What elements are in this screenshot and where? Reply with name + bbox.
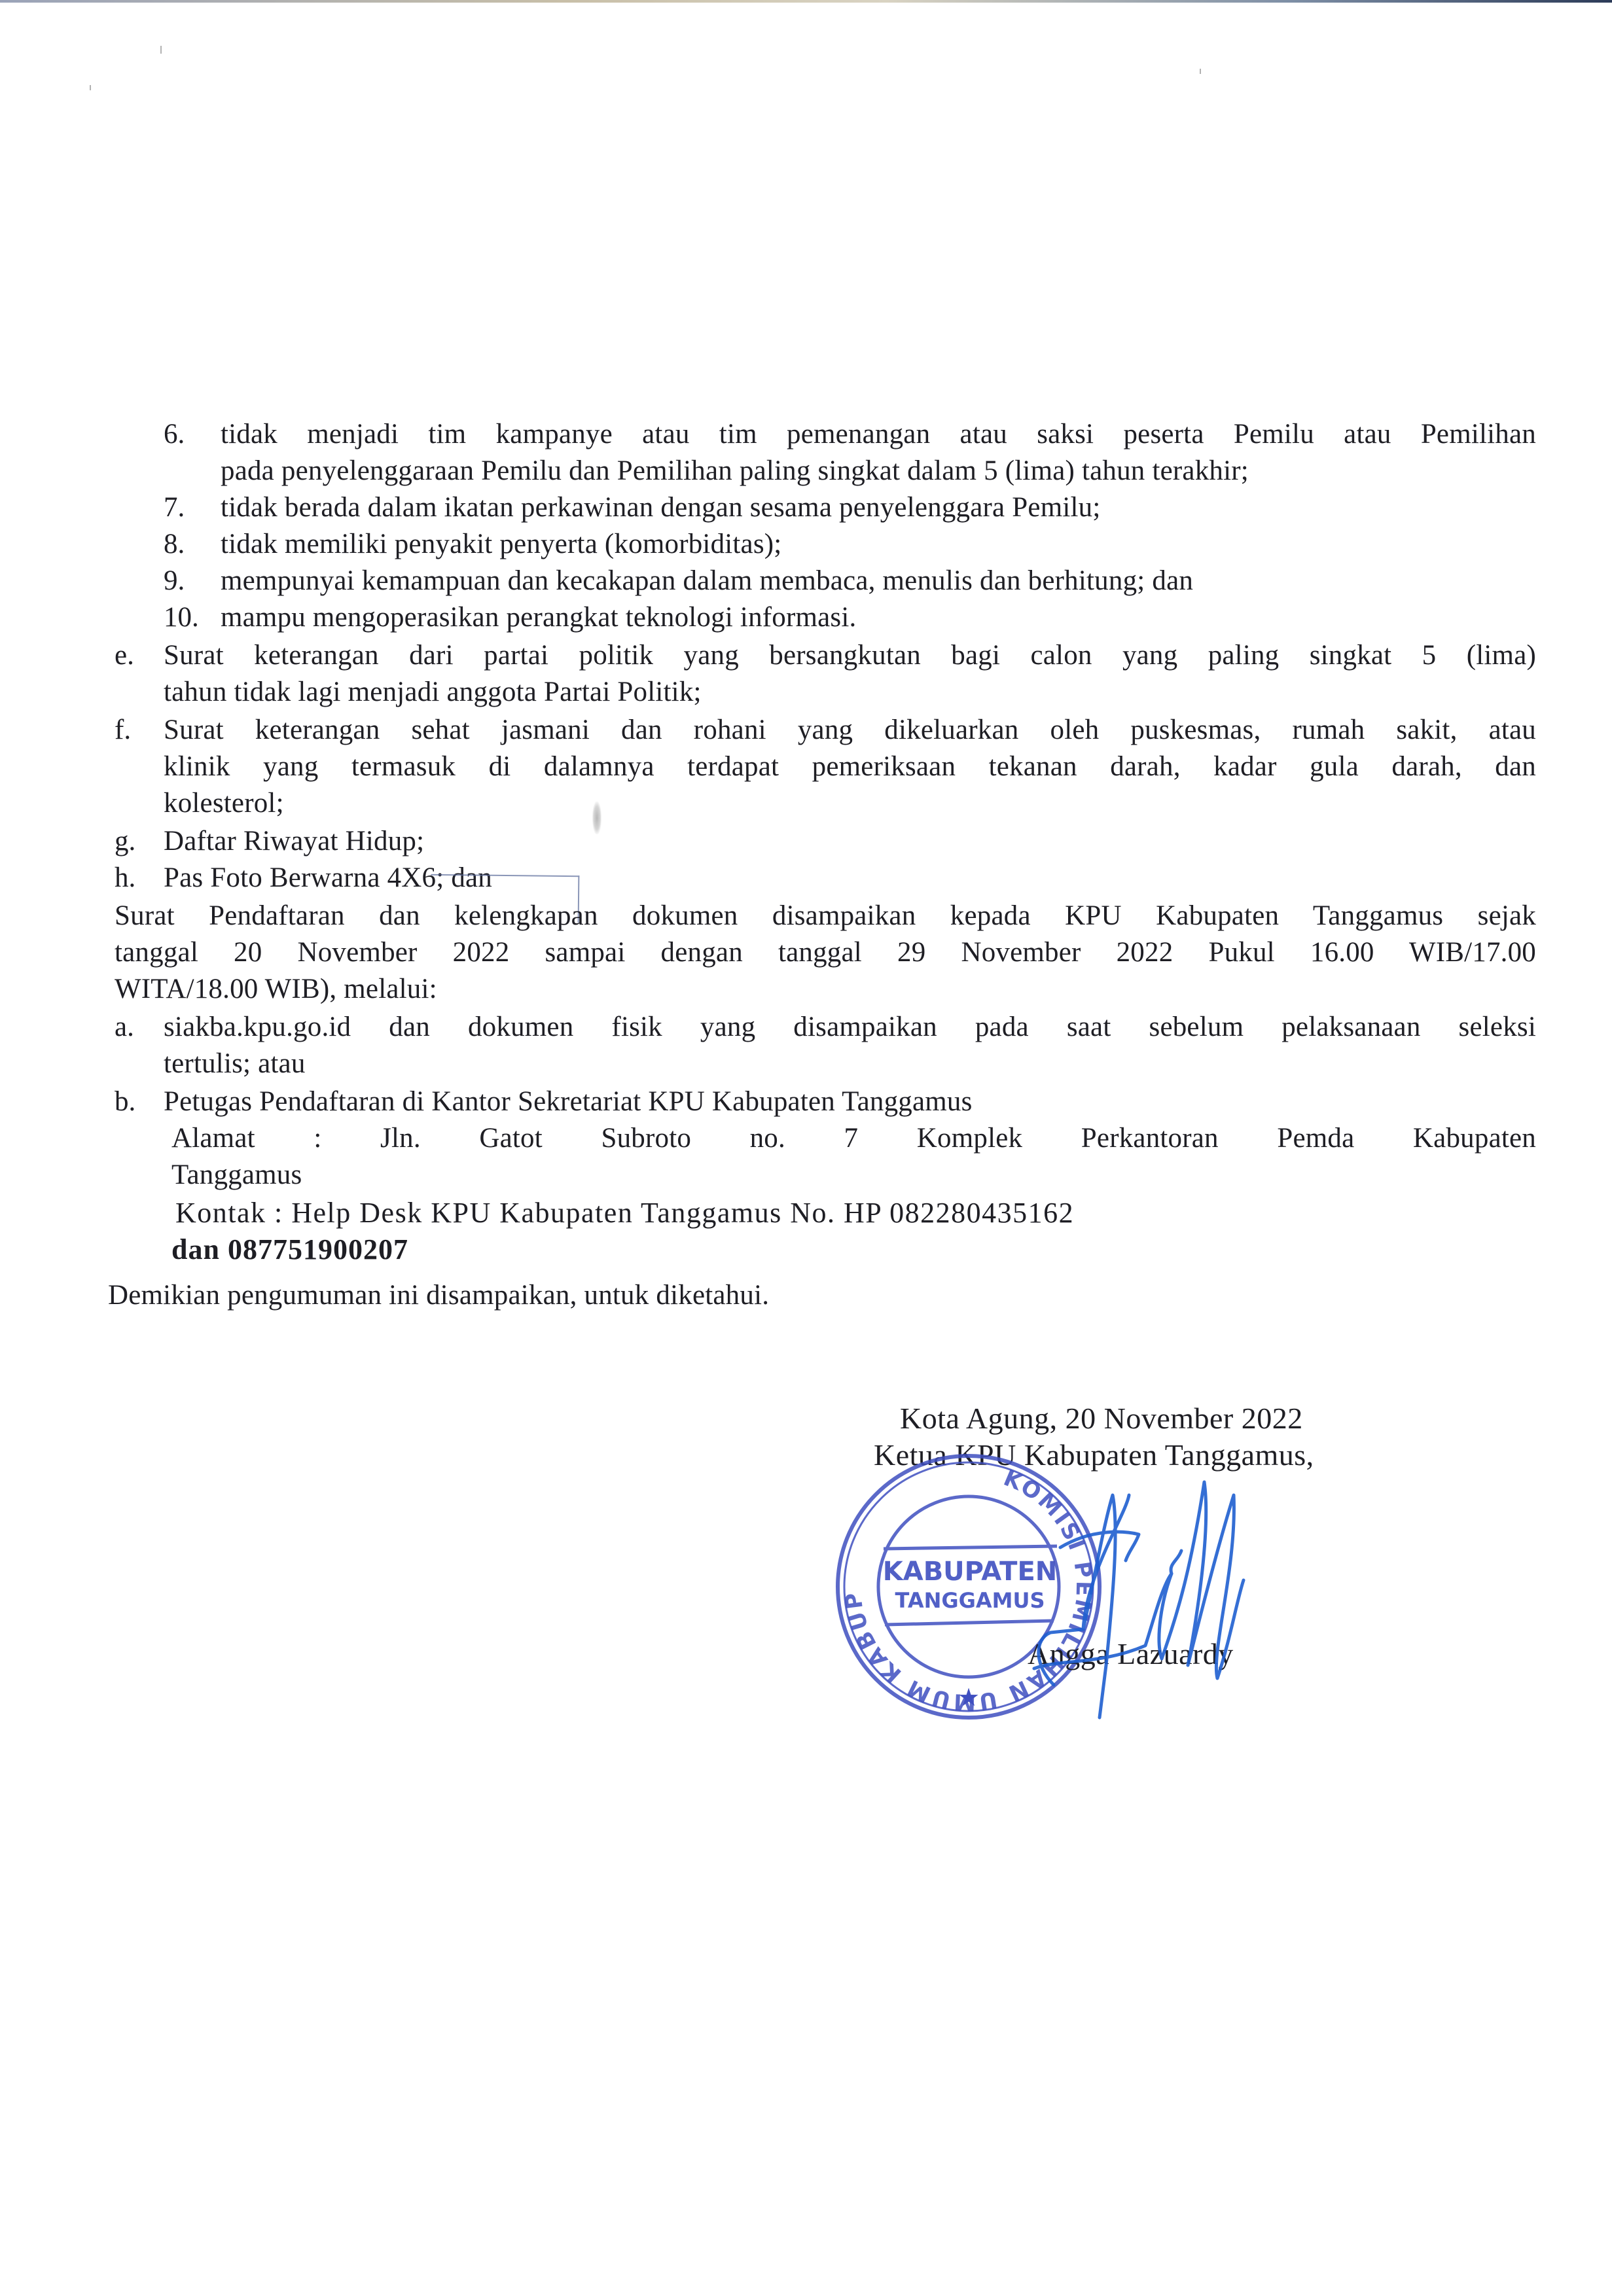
address-line: Alamat : Jln. Gatot Subroto no. 7 Komple…: [171, 1120, 1536, 1157]
address-line: Tanggamus: [171, 1157, 302, 1193]
handwritten-signature: [1021, 1469, 1270, 1744]
list-item-text: mempunyai kemampuan dan kecakapan dalam …: [221, 563, 1193, 599]
list-item-text: Daftar Riwayat Hidup;: [164, 823, 424, 860]
list-marker: b.: [115, 1084, 135, 1120]
list-item-text: tertulis; atau: [164, 1046, 306, 1082]
list-item-text: pada penyelenggaraan Pemilu dan Pemiliha…: [221, 453, 1249, 489]
contact-line: dan 087751900207: [171, 1231, 408, 1268]
list-item-text: mampu mengoperasikan perangkat teknologi…: [221, 599, 856, 636]
list-marker: f.: [115, 712, 131, 749]
list-marker: g.: [115, 823, 135, 860]
list-item-text: siakba.kpu.go.id dan dokumen fisik yang …: [164, 1009, 1536, 1046]
list-item-text: tahun tidak lagi menjadi anggota Partai …: [164, 674, 702, 711]
list-marker: h.: [115, 860, 135, 896]
list-item-text: kolesterol;: [164, 785, 284, 822]
list-marker: 7.: [164, 489, 185, 526]
list-item-text: klinik yang termasuk di dalamnya terdapa…: [164, 749, 1536, 785]
list-marker: 8.: [164, 526, 185, 563]
scan-speck: [1200, 69, 1201, 74]
contact-line: Kontak : Help Desk KPU Kabupaten Tanggam…: [175, 1195, 1074, 1231]
list-item-text: tidak menjadi tim kampanye atau tim peme…: [221, 416, 1536, 453]
list-item-text: Surat keterangan sehat jasmani dan rohan…: [164, 712, 1536, 749]
list-marker: 6.: [164, 416, 185, 453]
star-icon: ★: [958, 1684, 980, 1712]
scan-speck: [160, 46, 162, 54]
list-item-text: tidak berada dalam ikatan perkawinan den…: [221, 489, 1100, 526]
place-date: Kota Agung, 20 November 2022: [900, 1400, 1303, 1437]
closing-statement: Demikian pengumuman ini disampaikan, unt…: [108, 1277, 769, 1314]
list-marker: a.: [115, 1009, 134, 1046]
list-item-text: tidak memiliki penyakit penyerta (komorb…: [221, 526, 781, 563]
paragraph-line: Surat Pendaftaran dan kelengkapan dokume…: [115, 898, 1536, 934]
list-item-text: Surat keterangan dari partai politik yan…: [164, 637, 1536, 674]
scan-speck: [90, 85, 91, 90]
scan-edge: [0, 0, 1612, 3]
list-item-text: Petugas Pendaftaran di Kantor Sekretaria…: [164, 1084, 973, 1120]
list-marker: 10.: [164, 599, 199, 636]
list-marker: e.: [115, 637, 134, 674]
scan-smudge: [592, 802, 601, 834]
paragraph-line: tanggal 20 November 2022 sampai dengan t…: [115, 934, 1536, 971]
paragraph-line: WITA/18.00 WIB), melalui:: [115, 971, 437, 1008]
list-marker: 9.: [164, 563, 185, 599]
